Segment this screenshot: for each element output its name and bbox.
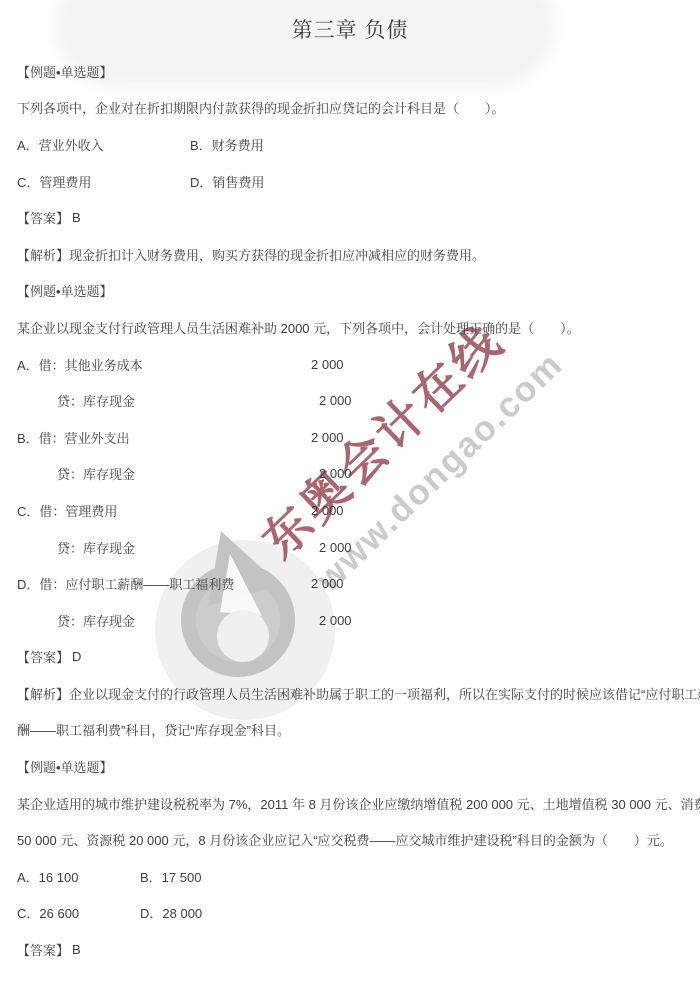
document-lines: 【例题•单选题】 下列各项中，企业对在折扣期限内付款获得的现金折扣应贷记的会计科… bbox=[0, 53, 700, 968]
q1-options-row-2: C．管理费用 D．销售费用 bbox=[0, 163, 700, 200]
entry-amount: 2 000 bbox=[319, 393, 352, 408]
entry-text: D．借：应付职工薪酬——职工福利费 bbox=[17, 574, 234, 593]
q3-option-c: C．26 600 bbox=[17, 903, 140, 922]
q1-option-a: A．营业外收入 bbox=[17, 135, 190, 154]
entry-text: 贷：库存现金 bbox=[57, 464, 135, 483]
analysis-label: 【解析】 bbox=[17, 684, 69, 703]
entry-text: 贷：库存现金 bbox=[57, 611, 135, 630]
q3-option-a: A．16 100 bbox=[17, 867, 140, 886]
q2-entry-a-debit: A．借：其他业务成本 2 000 bbox=[0, 346, 700, 383]
q2-entry-c-credit: 贷：库存现金 2 000 bbox=[0, 529, 700, 566]
entry-amount: 2 000 bbox=[311, 576, 344, 591]
q2-stem: 某企业以现金支付行政管理人员生活困难补助 2000 元，下列各项中，会计处理正确… bbox=[0, 309, 700, 346]
entry-text: A．借：其他业务成本 bbox=[17, 355, 143, 374]
q3-answer-line: 【答案】 B bbox=[0, 931, 700, 968]
q1-type-tag: 【例题•单选题】 bbox=[0, 53, 700, 90]
q3-type-tag: 【例题•单选题】 bbox=[0, 748, 700, 785]
entry-text: 贷：库存现金 bbox=[57, 391, 135, 410]
entry-text: 贷：库存现金 bbox=[57, 538, 135, 557]
q1-options-row-1: A．营业外收入 B．财务费用 bbox=[0, 126, 700, 163]
answer-label: 【答案】 bbox=[17, 208, 69, 227]
q1-option-c: C．管理费用 bbox=[17, 172, 190, 191]
entry-amount: 2 000 bbox=[311, 357, 344, 372]
entry-text: B．借：营业外支出 bbox=[17, 428, 130, 447]
q3-stem-line-2: 50 000 元、资源税 20 000 元，8 月份该企业应记入“应交税费——应… bbox=[0, 821, 700, 858]
q2-entry-b-credit: 贷：库存现金 2 000 bbox=[0, 456, 700, 493]
q1-answer-value: B bbox=[72, 210, 81, 225]
q2-entry-b-debit: B．借：营业外支出 2 000 bbox=[0, 419, 700, 456]
q2-entry-d-debit: D．借：应付职工薪酬——职工福利费 2 000 bbox=[0, 565, 700, 602]
q1-analysis-line: 【解析】 现金折扣计入财务费用，购买方获得的现金折扣应冲减相应的财务费用。 bbox=[0, 236, 700, 273]
document-content: 第三章 负债 【例题•单选题】 下列各项中，企业对在折扣期限内付款获得的现金折扣… bbox=[0, 0, 700, 990]
q3-option-b: B．17 500 bbox=[140, 867, 201, 886]
page-title: 第三章 负债 bbox=[0, 14, 700, 44]
q2-analysis-line-2: 酬——职工福利费”科目，贷记“库存现金”科目。 bbox=[0, 712, 700, 749]
q3-option-d: D．28 000 bbox=[140, 903, 202, 922]
q1-answer-line: 【答案】 B bbox=[0, 199, 700, 236]
analysis-label: 【解析】 bbox=[17, 245, 69, 264]
document-page: 东奥会计在线 www.dongao.com 第三章 负债 【例题•单选题】 下列… bbox=[0, 0, 700, 990]
q3-stem-line-1: 某企业适用的城市维护建设税税率为 7%，2011 年 8 月份该企业应缴纳增值税… bbox=[0, 785, 700, 822]
q3-options-row-2: C．26 600 D．28 000 bbox=[0, 895, 700, 932]
entry-amount: 2 000 bbox=[319, 466, 352, 481]
q3-options-row-1: A．16 100 B．17 500 bbox=[0, 858, 700, 895]
q2-analysis-line-1: 【解析】 企业以现金支付的行政管理人员生活困难补助属于职工的一项福利，所以在实际… bbox=[0, 675, 700, 712]
q2-answer-value: D bbox=[72, 649, 81, 664]
answer-label: 【答案】 bbox=[17, 647, 69, 666]
q2-type-tag: 【例题•单选题】 bbox=[0, 273, 700, 310]
q2-analysis-text-1: 企业以现金支付的行政管理人员生活困难补助属于职工的一项福利，所以在实际支付的时候… bbox=[69, 684, 700, 703]
entry-amount: 2 000 bbox=[311, 430, 344, 445]
q2-entry-c-debit: C．借：管理费用 2 000 bbox=[0, 492, 700, 529]
q2-entry-a-credit: 贷：库存现金 2 000 bbox=[0, 382, 700, 419]
q1-option-b: B．财务费用 bbox=[190, 135, 264, 154]
q3-answer-value: B bbox=[72, 942, 81, 957]
entry-amount: 2 000 bbox=[319, 540, 352, 555]
q2-entry-d-credit: 贷：库存现金 2 000 bbox=[0, 602, 700, 639]
q1-stem: 下列各项中，企业对在折扣期限内付款获得的现金折扣应贷记的会计科目是（ ）。 bbox=[0, 90, 700, 127]
q2-answer-line: 【答案】 D bbox=[0, 639, 700, 676]
answer-label: 【答案】 bbox=[17, 940, 69, 959]
entry-amount: 2 000 bbox=[319, 613, 352, 628]
q1-option-d: D．销售费用 bbox=[190, 172, 264, 191]
entry-amount: 2 000 bbox=[311, 503, 344, 518]
entry-text: C．借：管理费用 bbox=[17, 501, 117, 520]
q1-analysis-text: 现金折扣计入财务费用，购买方获得的现金折扣应冲减相应的财务费用。 bbox=[69, 245, 485, 264]
